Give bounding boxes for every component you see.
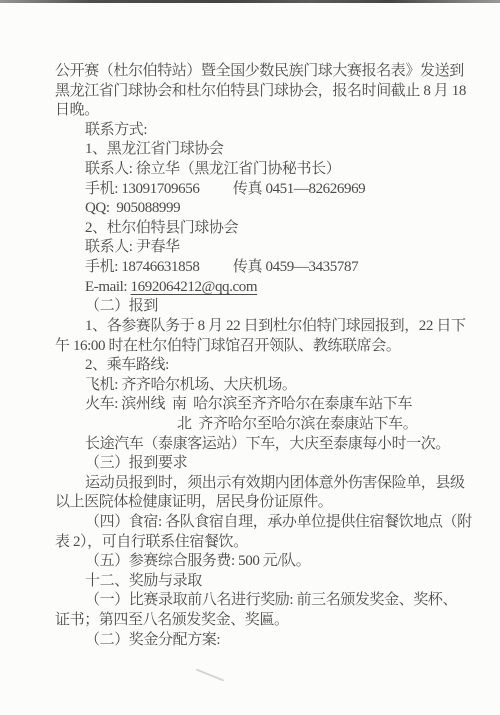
doc-line: 午 16:00 时在杜尔伯特门球馆召开领队、教练联席会。	[55, 337, 456, 357]
doc-line: （四）食宿: 各队食宿自理，承办单位提供住宿餐饮地点（附	[55, 513, 456, 533]
doc-line: 2、乘车路线:	[55, 356, 456, 376]
email-address-underlined: 1692064212@qq.com	[131, 279, 258, 295]
document-text: 公开赛（杜尔伯特站）暨全国少数民族门球大赛报名表》发送到黑龙江省门球协会和杜尔伯…	[55, 62, 456, 650]
doc-line: （二）奖金分配方案:	[55, 631, 456, 651]
doc-line: （一）比赛录取前八名进行奖励: 前三名颁发奖金、奖杯、	[55, 591, 456, 611]
doc-line: 联系人: 尹春华	[55, 238, 456, 258]
doc-line: （三）报到要求	[55, 454, 456, 474]
doc-line: E-mail: 1692064212@qq.com	[55, 278, 456, 298]
doc-line: 手机: 13091709656 传真 0451—82626969	[55, 180, 456, 200]
doc-line: 证书；第四至八名颁发奖金、奖匾。	[55, 611, 456, 631]
doc-line: 火车: 滨州线 南 哈尔滨至齐齐哈尔在泰康车站下车	[55, 395, 456, 415]
doc-line: 1、各参赛队务于 8 月 22 日到杜尔伯特门球园报到，22 日下	[55, 317, 456, 337]
doc-line: 2、杜尔伯特县门球协会	[55, 219, 456, 239]
scan-artifact	[196, 668, 225, 681]
doc-line: 表 2），可自行联系住宿餐饮。	[55, 533, 456, 553]
scan-edge-top	[0, 0, 500, 3]
doc-line: 日晚。	[55, 101, 456, 121]
doc-line: 长途汽车（泰康客运站）下车，大庆至泰康每小时一次。	[55, 435, 456, 455]
doc-line: 飞机: 齐齐哈尔机场、大庆机场。	[55, 376, 456, 396]
doc-line: 黑龙江省门球协会和杜尔伯特县门球协会，报名时间截止 8 月 18	[55, 82, 456, 102]
doc-line: QQ: 905088999	[55, 199, 456, 219]
doc-line: 运动员报到时，须出示有效期内团体意外伤害保险单，县级	[55, 474, 456, 494]
doc-line-text: E-mail:	[85, 279, 131, 295]
scanned-document-page: 公开赛（杜尔伯特站）暨全国少数民族门球大赛报名表》发送到黑龙江省门球协会和杜尔伯…	[0, 0, 500, 715]
doc-line: 1、黑龙江省门球协会	[55, 140, 456, 160]
doc-line: 以上医院体检健康证明，居民身份证原件。	[55, 493, 456, 513]
doc-line: （二）报到	[55, 297, 456, 317]
doc-line: 手机: 18746631858 传真 0459—3435787	[55, 258, 456, 278]
doc-line: 联系方式:	[55, 121, 456, 141]
doc-line: 公开赛（杜尔伯特站）暨全国少数民族门球大赛报名表》发送到	[55, 62, 456, 82]
doc-line: 联系人: 徐立华（黑龙江省门协秘书长）	[55, 160, 456, 180]
doc-line: 十二、奖励与录取	[55, 572, 456, 592]
doc-line: 北 齐齐哈尔至哈尔滨在泰康站下车。	[55, 415, 456, 435]
doc-line: （五）参赛综合服务费: 500 元/队。	[55, 552, 456, 572]
